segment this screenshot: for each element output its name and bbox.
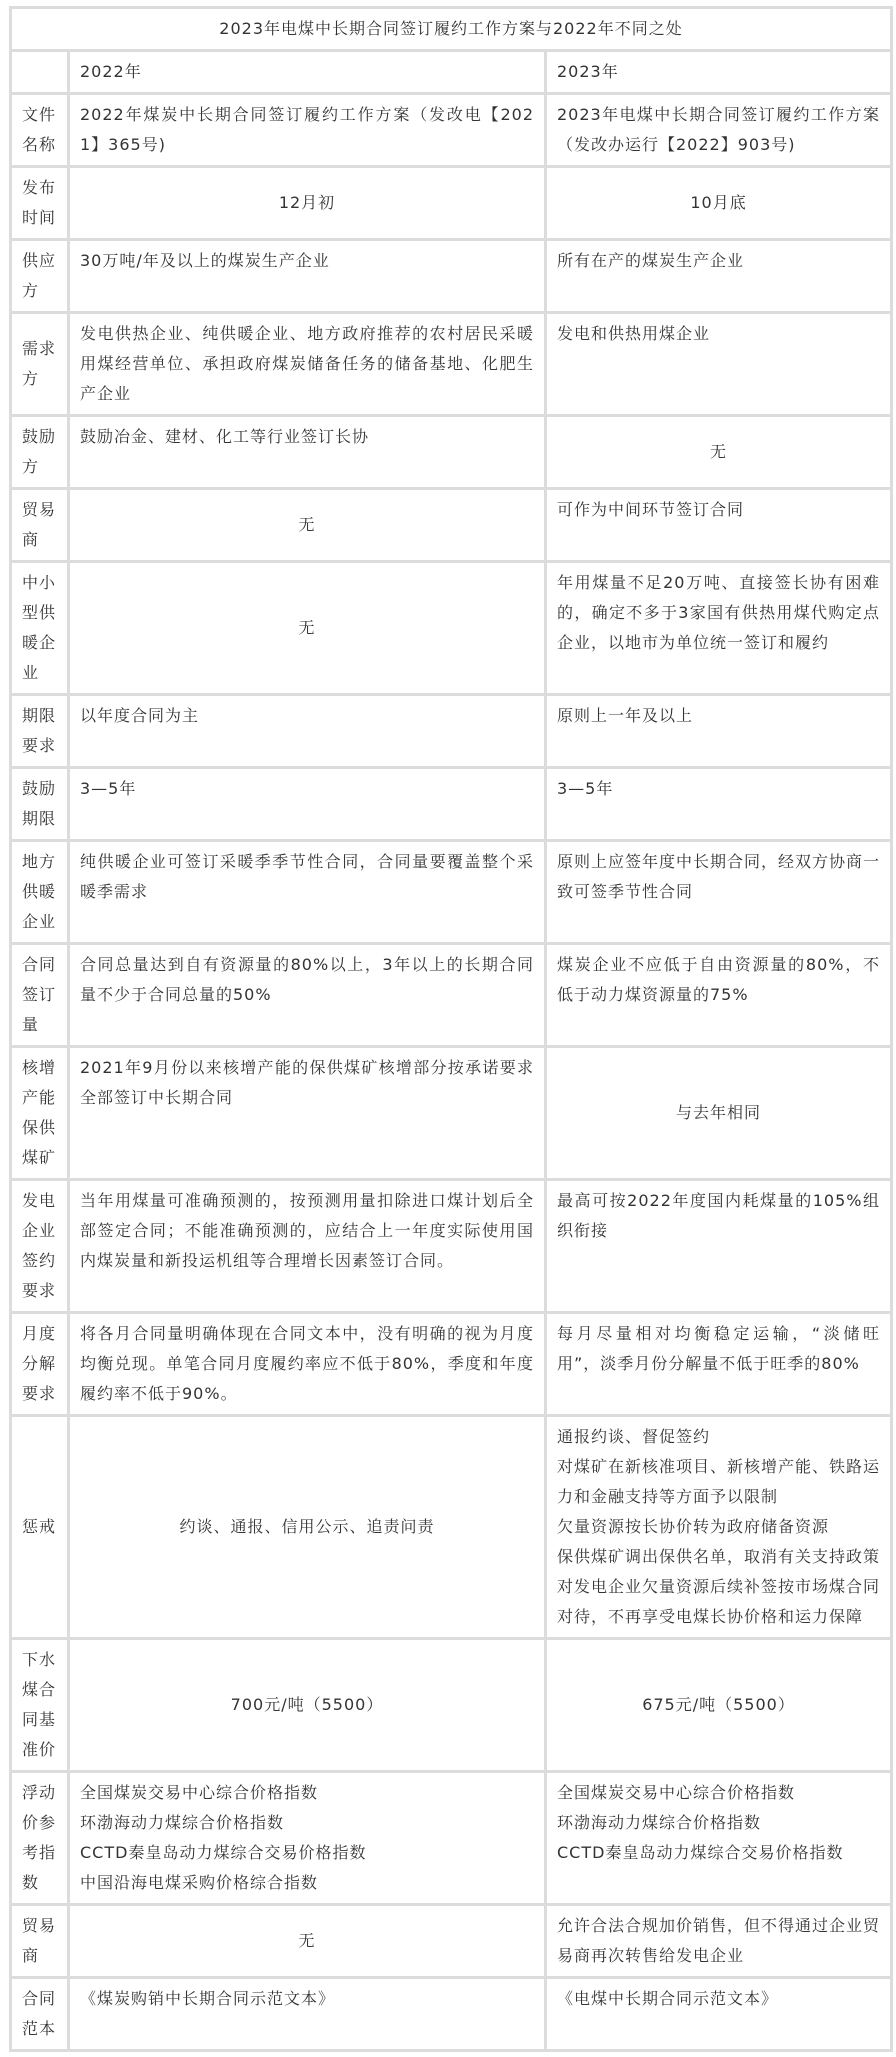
header-row: 2022年 2023年 <box>12 52 890 92</box>
cell-2023: 可作为中间环节签订合同 <box>547 490 890 560</box>
table-row-penalty: 惩戒 约谈、通报、信用公示、追责问责 通报约谈、督促签约 对煤矿在新核准项目、新… <box>12 1417 890 1637</box>
cell-line: 通报约谈、督促签约 <box>557 1422 880 1452</box>
cell-2022: 合同总量达到自有资源量的80%以上，3年以上的长期合同量不少于合同总量的50% <box>70 945 544 1045</box>
table-row-floating-price-index: 浮动价参考指数 全国煤炭交易中心综合价格指数 环渤海动力煤综合价格指数 CCTD… <box>12 1773 890 1903</box>
cell-2023: 全国煤炭交易中心综合价格指数 环渤海动力煤综合价格指数 CCTD秦皇岛动力煤综合… <box>547 1773 890 1903</box>
cell-2023: 发电和供热用煤企业 <box>547 314 890 414</box>
cell-2023: 与去年相同 <box>547 1048 890 1178</box>
cell-2022: 当年用煤量可准确预测的，按预测用量扣除进口煤计划后全部签定合同；不能准确预测的，… <box>70 1181 544 1311</box>
cell-line: 欠量资源按长协价转为政府储备资源 <box>557 1512 880 1542</box>
cell-2023: 煤炭企业不应低于自由资源量的80%，不低于动力煤资源量的75% <box>547 945 890 1045</box>
cell-line: 环渤海动力煤综合价格指数 <box>80 1808 534 1838</box>
table-row-contract-volume: 合同签订量 合同总量达到自有资源量的80%以上，3年以上的长期合同量不少于合同总… <box>12 945 890 1045</box>
cell-line: 全国煤炭交易中心综合价格指数 <box>80 1778 534 1808</box>
cell-2022: 无 <box>70 490 544 560</box>
cell-2023: 10月底 <box>547 168 890 238</box>
table-row-monthly-breakdown: 月度分解要求 将各月合同量明确体现在合同文本中，没有明确的视为月度均衡兑现。单笔… <box>12 1314 890 1414</box>
cell-2022: 无 <box>70 1906 544 1976</box>
cell-2023: 675元/吨（5500） <box>547 1640 890 1770</box>
table-row-local-heating-enterprise: 地方供暖企业 纯供暖企业可签订采暖季季节性合同，合同量要覆盖整个采暖季需求 原则… <box>12 842 890 942</box>
cell-2023: 原则上一年及以上 <box>547 696 890 766</box>
table-row-demander: 需求方 发电供热企业、纯供暖企业、地方政府推荐的农村居民采暖用煤经营单位、承担政… <box>12 314 890 414</box>
cell-2022: 纯供暖企业可签订采暖季季节性合同，合同量要覆盖整个采暖季需求 <box>70 842 544 942</box>
row-label: 文件名称 <box>12 95 67 165</box>
row-label: 贸易商 <box>12 1906 67 1976</box>
cell-2023: 年用煤量不足20万吨、直接签长协有困难的，确定不多于3家国有供热用煤代购定点企业… <box>547 563 890 693</box>
table-row-contract-template: 合同范本 《煤炭购销中长期合同示范文本》 《电煤中长期合同示范文本》 <box>12 1979 890 2049</box>
row-label: 核增产能保供煤矿 <box>12 1048 67 1178</box>
row-label: 发电企业签约要求 <box>12 1181 67 1311</box>
row-label: 合同范本 <box>12 1979 67 2049</box>
row-label: 下水煤合同基准价 <box>12 1640 67 1770</box>
cell-2023: 允许合法合规加价销售，但不得通过企业贸易商再次转售给发电企业 <box>547 1906 890 1976</box>
cell-line: CCTD秦皇岛动力煤综合交易价格指数 <box>80 1838 534 1868</box>
table-row-term-requirement: 期限要求 以年度合同为主 原则上一年及以上 <box>12 696 890 766</box>
row-label: 贸易商 <box>12 490 67 560</box>
table-row-supplier: 供应方 30万吨/年及以上的煤炭生产企业 所有在产的煤炭生产企业 <box>12 241 890 311</box>
row-label: 合同签订量 <box>12 945 67 1045</box>
cell-2022: 将各月合同量明确体现在合同文本中，没有明确的视为月度均衡兑现。单笔合同月度履约率… <box>70 1314 544 1414</box>
cell-2023: 2023年电煤中长期合同签订履约工作方案（发改办运行【2022】903号) <box>547 95 890 165</box>
row-label: 需求方 <box>12 314 67 414</box>
row-label: 中小型供暖企业 <box>12 563 67 693</box>
table-row-trader: 贸易商 无 可作为中间环节签订合同 <box>12 490 890 560</box>
table-row-base-price: 下水煤合同基准价 700元/吨（5500） 675元/吨（5500） <box>12 1640 890 1770</box>
cell-2023: 3—5年 <box>547 769 890 839</box>
cell-2022: 发电供热企业、纯供暖企业、地方政府推荐的农村居民采暖用煤经营单位、承担政府煤炭储… <box>70 314 544 414</box>
table-row-capacity-mines: 核增产能保供煤矿 2021年9月份以来核增产能的保供煤矿核增部分按承诺要求全部签… <box>12 1048 890 1178</box>
cell-line: CCTD秦皇岛动力煤综合交易价格指数 <box>557 1838 880 1868</box>
cell-2022: 2022年煤炭中长期合同签订履约工作方案（发改电【2021】365号) <box>70 95 544 165</box>
cell-2022: 700元/吨（5500） <box>70 1640 544 1770</box>
table-row-release-time: 发布时间 12月初 10月底 <box>12 168 890 238</box>
row-label: 地方供暖企业 <box>12 842 67 942</box>
cell-line: 对煤矿在新核准项目、新核增产能、铁路运力和金融支持等方面予以限制 <box>557 1452 880 1512</box>
cell-line: 保供煤矿调出保供名单，取消有关支持政策 <box>557 1542 880 1572</box>
cell-2022: 以年度合同为主 <box>70 696 544 766</box>
cell-2022: 鼓励冶金、建材、化工等行业签订长协 <box>70 417 544 487</box>
cell-line: 对发电企业欠量资源后续补签按市场煤合同对待，不再享受电煤长协价格和运力保障 <box>557 1572 880 1632</box>
header-empty <box>12 52 67 92</box>
cell-line: 环渤海动力煤综合价格指数 <box>557 1808 880 1838</box>
cell-2022: 2021年9月份以来核增产能的保供煤矿核增部分按承诺要求全部签订中长期合同 <box>70 1048 544 1178</box>
comparison-table: 2023年电煤中长期合同签订履约工作方案与2022年不同之处 2022年 202… <box>9 6 893 2052</box>
table-row-trader-2: 贸易商 无 允许合法合规加价销售，但不得通过企业贸易商再次转售给发电企业 <box>12 1906 890 1976</box>
title-row: 2023年电煤中长期合同签订履约工作方案与2022年不同之处 <box>12 9 890 49</box>
row-label: 发布时间 <box>12 168 67 238</box>
cell-2022: 无 <box>70 563 544 693</box>
comparison-table-wrapper: 2023年电煤中长期合同签订履约工作方案与2022年不同之处 2022年 202… <box>9 6 893 2052</box>
cell-2023: 最高可按2022年度国内耗煤量的105%组织衔接 <box>547 1181 890 1311</box>
table-row-encouraged-term: 鼓励期限 3—5年 3—5年 <box>12 769 890 839</box>
header-2022: 2022年 <box>70 52 544 92</box>
row-label: 期限要求 <box>12 696 67 766</box>
table-row-encouraged-party: 鼓励方 鼓励冶金、建材、化工等行业签订长协 无 <box>12 417 890 487</box>
cell-2022: 全国煤炭交易中心综合价格指数 环渤海动力煤综合价格指数 CCTD秦皇岛动力煤综合… <box>70 1773 544 1903</box>
cell-2023: 每月尽量相对均衡稳定运输，“淡储旺用”，淡季月份分解量不低于旺季的80% <box>547 1314 890 1414</box>
table-row-file-name: 文件名称 2022年煤炭中长期合同签订履约工作方案（发改电【2021】365号)… <box>12 95 890 165</box>
header-2023: 2023年 <box>547 52 890 92</box>
cell-2022: 3—5年 <box>70 769 544 839</box>
cell-2023: 《电煤中长期合同示范文本》 <box>547 1979 890 2049</box>
cell-2022: 约谈、通报、信用公示、追责问责 <box>70 1417 544 1637</box>
row-label: 供应方 <box>12 241 67 311</box>
table-row-power-signing-requirement: 发电企业签约要求 当年用煤量可准确预测的，按预测用量扣除进口煤计划后全部签定合同… <box>12 1181 890 1311</box>
cell-2023: 通报约谈、督促签约 对煤矿在新核准项目、新核增产能、铁路运力和金融支持等方面予以… <box>547 1417 890 1637</box>
table-row-small-heating-enterprise: 中小型供暖企业 无 年用煤量不足20万吨、直接签长协有困难的，确定不多于3家国有… <box>12 563 890 693</box>
cell-2022: 《煤炭购销中长期合同示范文本》 <box>70 1979 544 2049</box>
cell-line: 全国煤炭交易中心综合价格指数 <box>557 1778 880 1808</box>
row-label: 月度分解要求 <box>12 1314 67 1414</box>
cell-line: 中国沿海电煤采购价格综合指数 <box>80 1868 534 1898</box>
cell-2022: 12月初 <box>70 168 544 238</box>
cell-2022: 30万吨/年及以上的煤炭生产企业 <box>70 241 544 311</box>
row-label: 浮动价参考指数 <box>12 1773 67 1903</box>
row-label: 惩戒 <box>12 1417 67 1637</box>
row-label: 鼓励期限 <box>12 769 67 839</box>
cell-2023: 无 <box>547 417 890 487</box>
table-title: 2023年电煤中长期合同签订履约工作方案与2022年不同之处 <box>12 9 890 49</box>
cell-2023: 所有在产的煤炭生产企业 <box>547 241 890 311</box>
cell-2023: 原则上应签年度中长期合同，经双方协商一致可签季节性合同 <box>547 842 890 942</box>
row-label: 鼓励方 <box>12 417 67 487</box>
